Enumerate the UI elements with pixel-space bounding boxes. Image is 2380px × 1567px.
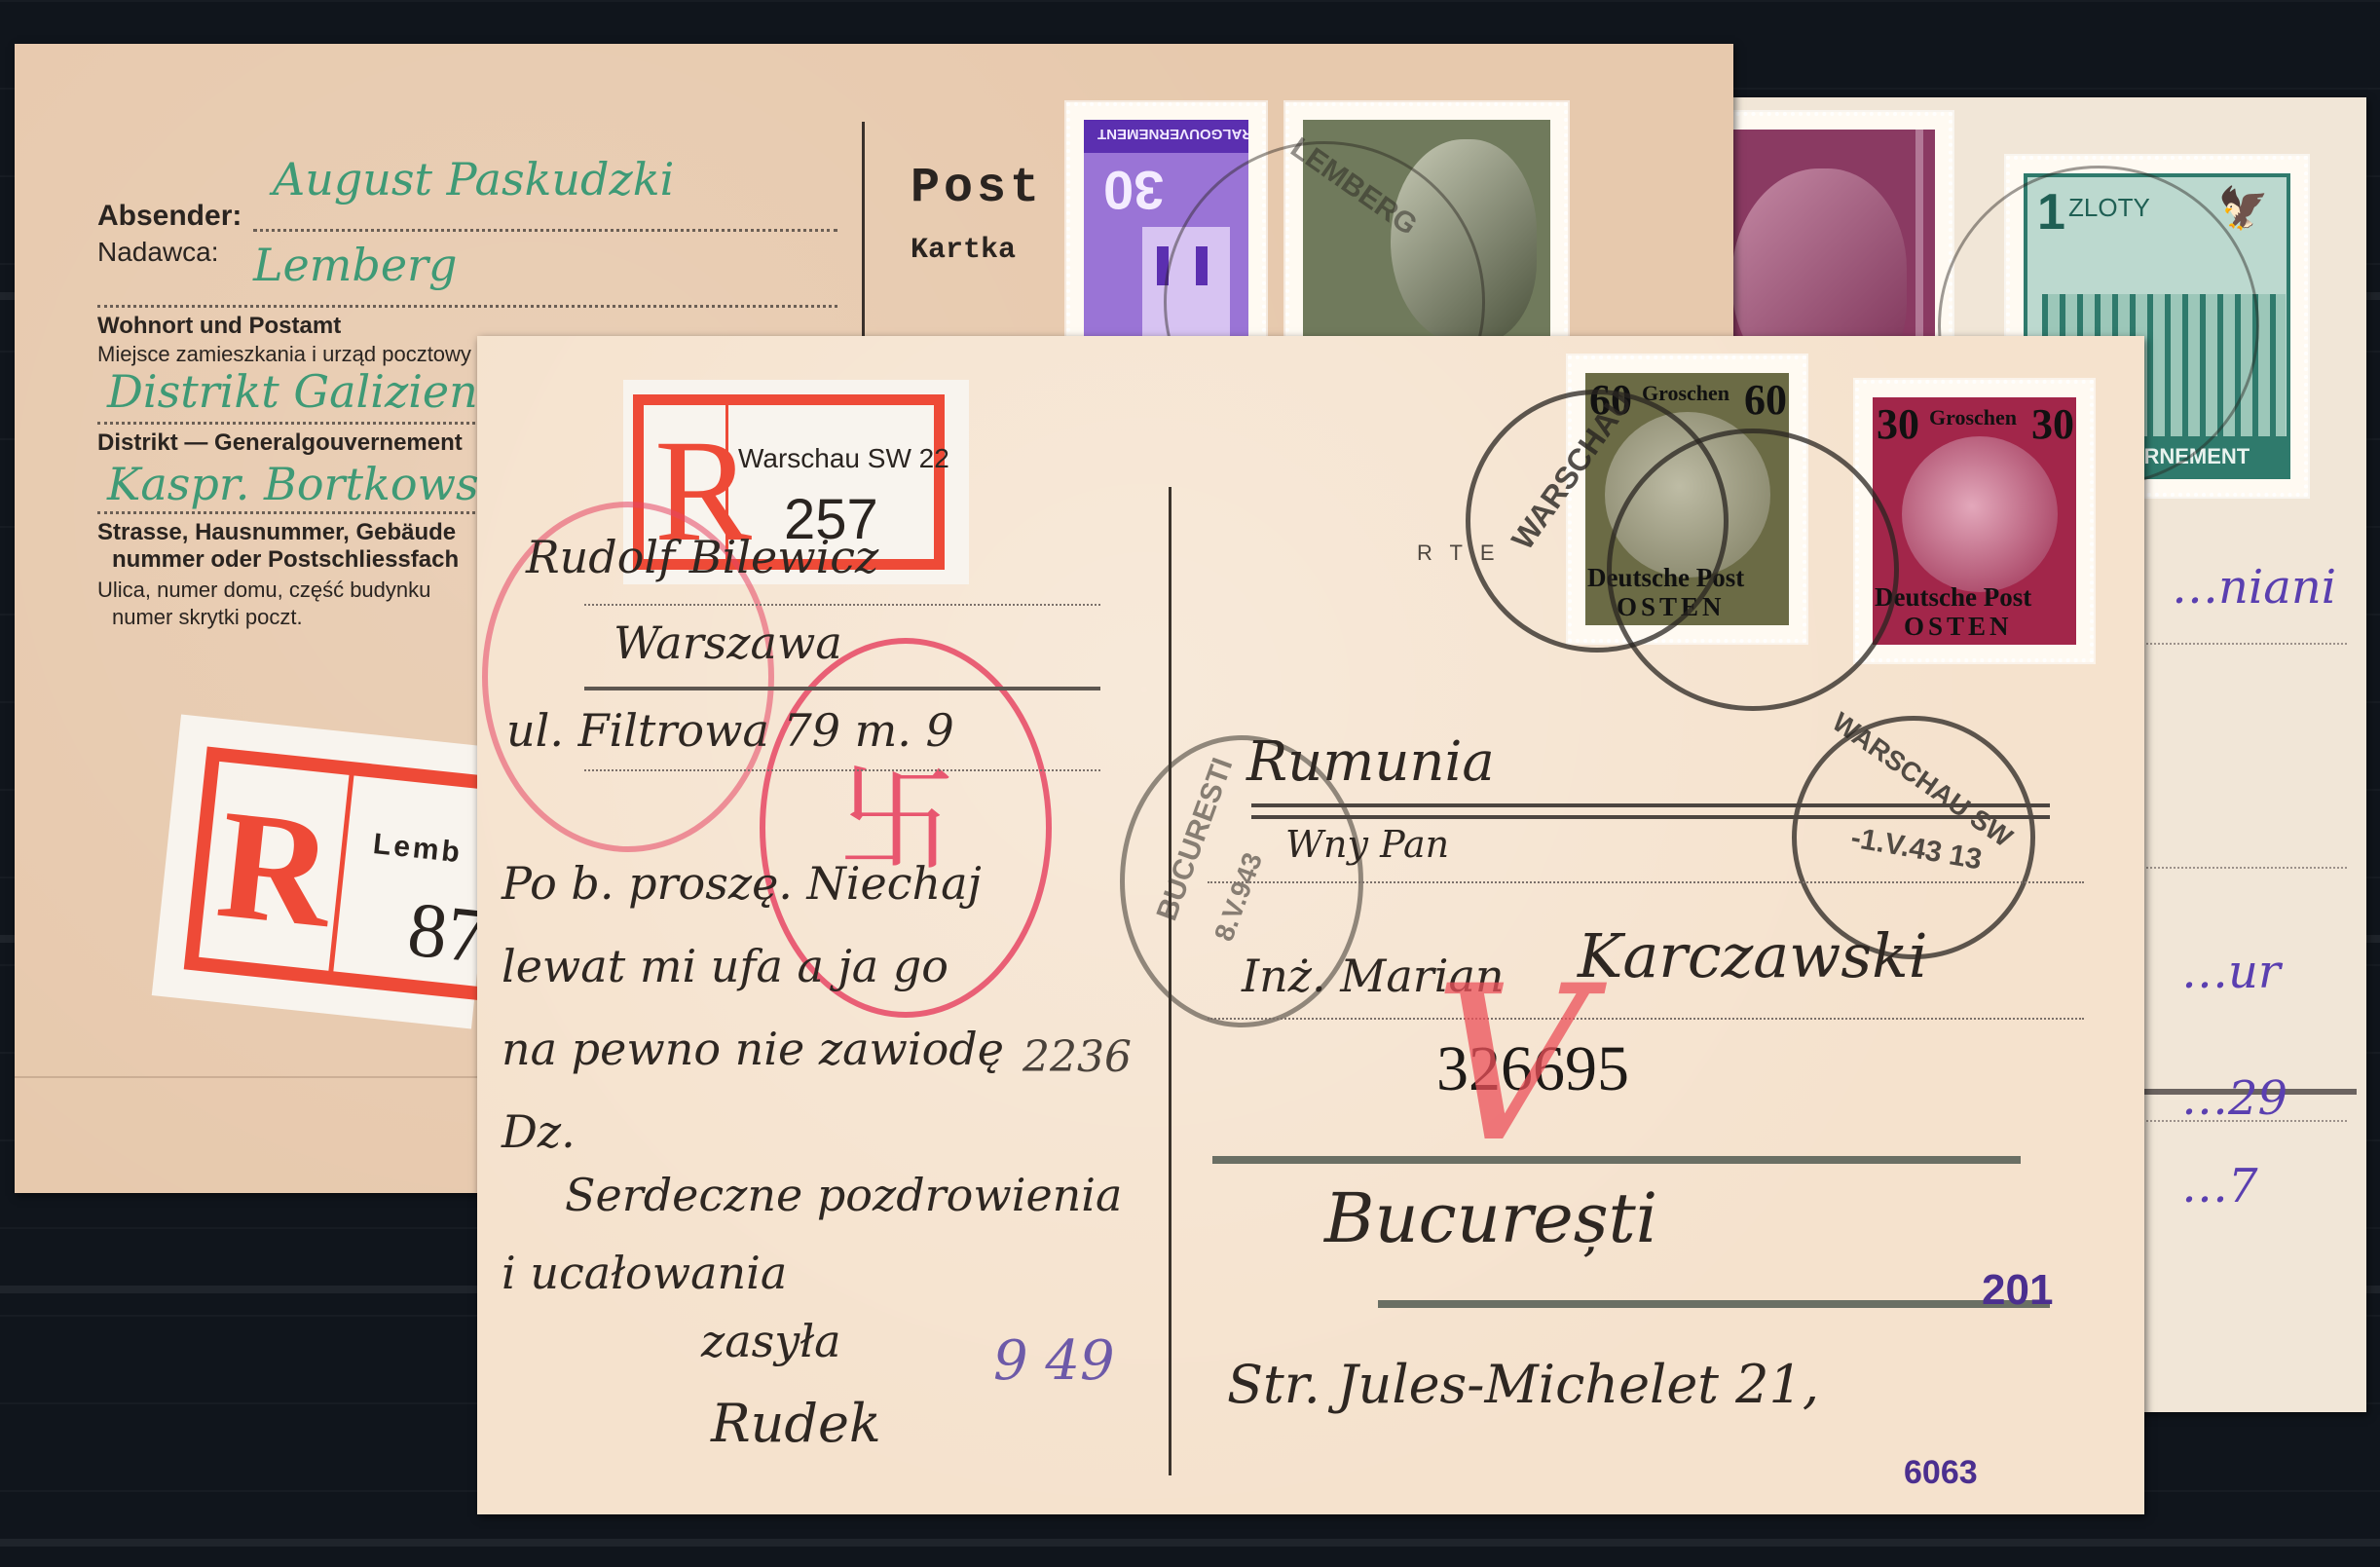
stamp-denomination: 60 xyxy=(1744,375,1787,425)
eagle-icon: 🦅 xyxy=(2218,185,2269,233)
handwriting-sender-name: Rudolf Bilewicz xyxy=(526,531,878,583)
stamp-denomination: 30 xyxy=(1877,399,1919,449)
handwriting-message-line: zasyła xyxy=(701,1315,841,1367)
handwriting-line: …29 xyxy=(2181,1071,2287,1126)
card-title-post: Post xyxy=(911,161,1043,216)
stamp-30-groschen: 30 Groschen 30 Deutsche Post OSTEN xyxy=(1855,380,2094,662)
label-strasse: Strasse, Hausnummer, Gebäude xyxy=(97,519,456,546)
label-distrikt: Distrikt — Generalgouvernement xyxy=(97,429,463,457)
stamp-overprint-osten: OSTEN xyxy=(1904,612,2013,642)
stamp-denomination: 30 xyxy=(2031,399,2074,449)
handwriting-city: București xyxy=(1324,1178,1657,1258)
label-wohnort: Wohnort und Postamt xyxy=(97,313,341,340)
handwriting-country: Rumunia xyxy=(1246,730,1495,794)
handwriting-street: Kaspr. Bortkowski xyxy=(107,458,520,510)
stamp-value: 30 xyxy=(1103,159,1164,222)
stamp-unit: Groschen xyxy=(1929,405,2017,430)
pencil-number-mid: 2236 xyxy=(1023,1032,1132,1082)
handwriting-recipient-surname: Karczawski xyxy=(1578,920,1928,991)
violet-number-stamp: 6063 xyxy=(1904,1454,1978,1492)
card-title-kartka: Kartka xyxy=(911,234,1016,267)
label-miejsce: Miejsce zamieszkania i urząd pocztowy xyxy=(97,342,471,367)
handwriting-message-line: Serdeczne pozdrowienia xyxy=(565,1169,1122,1221)
address-line xyxy=(1208,881,2084,883)
stamp-overprint: Deutsche Post xyxy=(1875,582,2031,613)
handwriting-salutation: Wny Pan xyxy=(1285,823,1449,866)
form-line-solid xyxy=(584,687,1100,690)
handwriting-district: Distrikt Galizien xyxy=(107,365,478,418)
address-line xyxy=(2142,643,2347,645)
label-strasse-2: nummer oder Postschliessfach xyxy=(112,546,459,574)
registration-office: Warschau SW 22 xyxy=(738,443,949,474)
album-strip-edge xyxy=(0,1539,2380,1547)
handwriting-line: …7 xyxy=(2181,1159,2258,1213)
address-line xyxy=(2142,867,2347,869)
handwriting-message-line: Dz. xyxy=(502,1105,576,1158)
handwriting-sender-street: ul. Filtrowa 79 m. 9 xyxy=(506,704,954,757)
address-underline xyxy=(1251,815,2050,819)
pencil-number: 9 49 xyxy=(993,1329,1115,1393)
address-underline xyxy=(1251,803,2050,807)
handwriting-message-line: i ucałowania xyxy=(502,1247,787,1299)
handwriting-line: …ur xyxy=(2181,945,2281,999)
registration-r-letter: R xyxy=(210,773,341,964)
address-bar xyxy=(1212,1156,2021,1164)
form-line xyxy=(253,229,837,232)
form-line xyxy=(584,769,1100,771)
label-ulica: Ulica, numer domu, część budynku xyxy=(97,578,430,603)
handwriting-message-line: Po b. proszę. Niechaj xyxy=(502,857,982,910)
form-line xyxy=(97,305,837,308)
handwriting-street: Str. Jules-Michelet 21, xyxy=(1227,1354,1819,1415)
address-line xyxy=(1208,1018,2084,1020)
registration-label-lemberg: R Lemb 87 xyxy=(152,715,502,1029)
label-ulica-2: numer skrytki poczt. xyxy=(112,605,303,630)
handwriting-message-line: na pewno nie zawiodę xyxy=(502,1023,1004,1075)
postmark-warschau-2 xyxy=(1607,429,1899,711)
handwriting-sender-city: Warszawa xyxy=(614,616,842,669)
violet-number-stamp: 201 xyxy=(1982,1266,2053,1315)
label-absender: Absender: xyxy=(97,200,242,233)
stamp-country-text: GENERALGOUVERNEMENT xyxy=(1097,126,1248,142)
handwriting-message-line: lewat mi ufa a ja go xyxy=(502,940,948,992)
handwriting-line: …niani xyxy=(2172,560,2336,615)
handwriting-sender: August Paskudzki xyxy=(273,153,674,205)
postcard-front: Absender: RTE R Warschau SW 22 257 60 Gr… xyxy=(477,336,2144,1514)
handwriting-signature: Rudek xyxy=(711,1393,881,1454)
handwriting-city: Lemberg xyxy=(253,239,458,291)
label-nadawca: Nadawca: xyxy=(97,237,219,268)
address-bar xyxy=(1378,1300,2050,1308)
form-line xyxy=(584,604,1100,606)
